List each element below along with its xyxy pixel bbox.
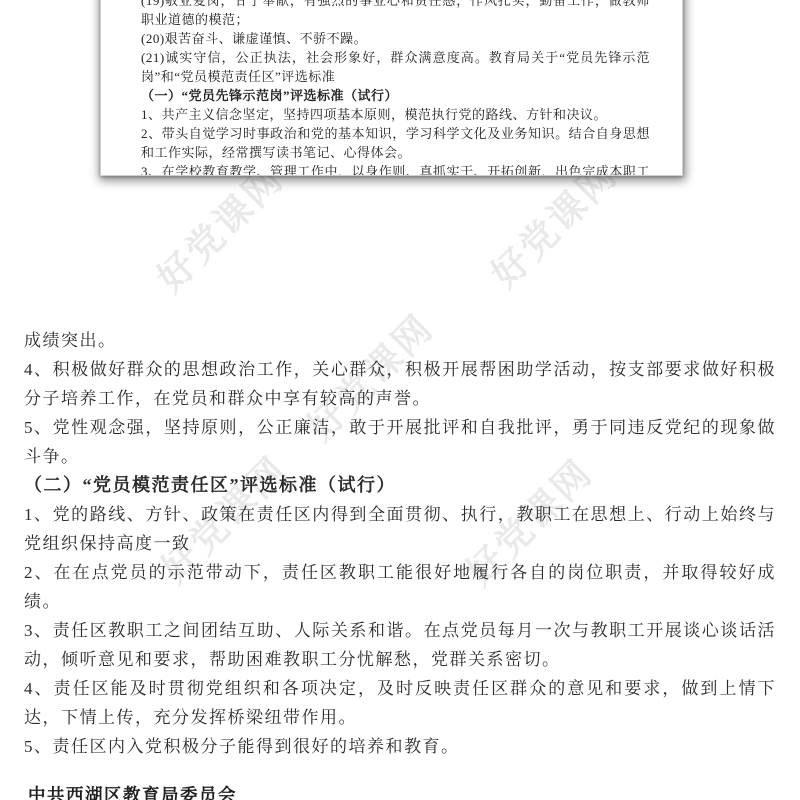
section-heading: （二）“党员模范责任区”评选标准（试行） — [24, 471, 776, 500]
body-paragraph: 成绩突出。 — [24, 326, 776, 355]
document-preview-page: (19)敬业爱岗，甘于奉献，有强烈的事业心和责任感，作风扎实，勤奋工作，做教师职… — [100, 0, 683, 176]
preview-paragraph: 2、带头自觉学习时事政治和党的基本知识，学习科学文化及业务知识。结合自身思想和工… — [141, 124, 650, 162]
preview-paragraph: (19)敬业爱岗，甘于奉献，有强烈的事业心和责任感，作风扎实，勤奋工作，做教师职… — [141, 0, 650, 29]
body-paragraph: 4、责任区能及时贯彻党组织和各项决定，及时反映责任区群众的意见和要求，做到上情下… — [24, 674, 776, 732]
document-page: 好党课网 好党课网 好党课网 好党课网 好党课网 (19)敬业爱岗，甘于奉献，有… — [0, 0, 800, 800]
document-body: 成绩突出。 4、积极做好群众的思想政治工作，关心群众，积极开展帮困助学活动，按支… — [24, 326, 776, 761]
preview-paragraph: 3、在学校教育教学、管理工作中，以身作则、真抓实干、开拓创新，出色完成本职工作， — [141, 162, 650, 176]
signature-line: 中共西湖区教育局委员会 — [28, 782, 237, 800]
body-paragraph: 2、在在点党员的示范带动下，责任区教职工能很好地履行各自的岗位职责，并取得较好成… — [24, 558, 776, 616]
body-paragraph: 1、党的路线、方针、政策在责任区内得到全面贯彻、执行，教职工在思想上、行动上始终… — [24, 500, 776, 558]
body-paragraph: 5、责任区内入党积极分子能得到很好的培养和教育。 — [24, 732, 776, 761]
body-paragraph: 3、责任区教职工之间团结互助、人际关系和谐。在点党员每月一次与教职工开展谈心谈话… — [24, 616, 776, 674]
preview-section-heading: （一）“党员先锋示范岗”评选标准（试行） — [141, 86, 650, 105]
preview-paragraph: (21)诚实守信，公正执法，社会形象好，群众满意度高。教育局关于“党员先锋示范岗… — [141, 48, 650, 86]
body-paragraph: 5、党性观念强，坚持原则，公正廉洁，敢于开展批评和自我批评，勇于同违反党纪的现象… — [24, 413, 776, 471]
preview-paragraph: 1、共产主义信念坚定，坚持四项基本原则，模范执行党的路线、方针和决议。 — [141, 105, 650, 124]
preview-paragraph: (20)艰苦奋斗、谦虚谨慎、不骄不躁。 — [141, 29, 650, 48]
body-paragraph: 4、积极做好群众的思想政治工作，关心群众，积极开展帮困助学活动，按支部要求做好积… — [24, 355, 776, 413]
